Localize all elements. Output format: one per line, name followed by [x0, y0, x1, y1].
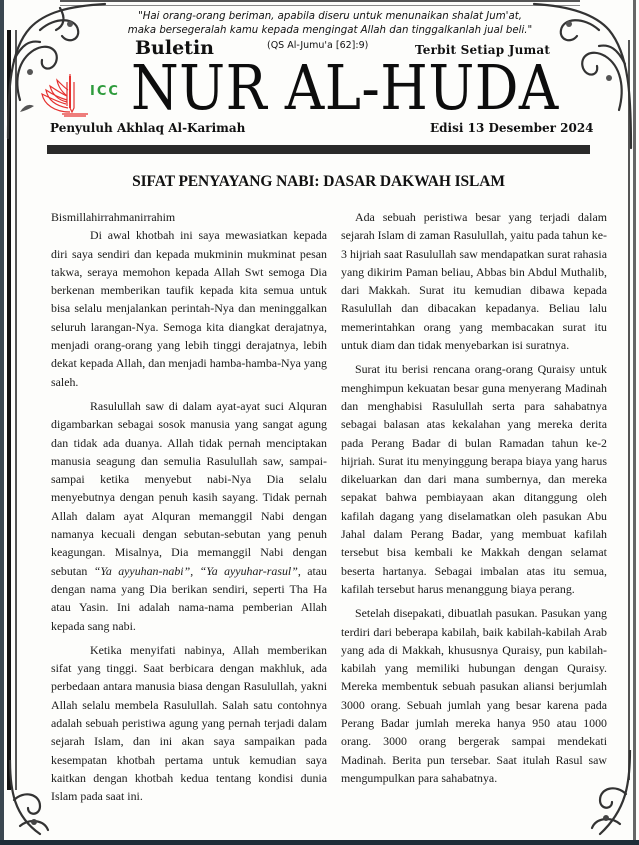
bulletin-page: "Hai orang-orang beriman, apabila diseru… [0, 0, 639, 840]
frame-border-top [60, 0, 580, 2]
header-quote-line-2: maka bersegeralah kamu kepada mengingat … [110, 24, 550, 38]
header-quote-line-1: "Hai orang-orang beriman, apabila diseru… [110, 10, 550, 24]
emphasis-quote: “Ya ayyuhar-rasul” [200, 564, 298, 578]
opening-basmalah: Bismillahirrahmanirrahim [51, 208, 327, 226]
header-divider-bar [47, 145, 590, 154]
paragraph: Setelah disepakati, dibuatlah pasukan. P… [341, 604, 607, 787]
masthead-title: NUR AL-HUDA [131, 52, 559, 124]
header-quote: "Hai orang-orang beriman, apabila diseru… [110, 10, 550, 38]
frame-border-right-thin [628, 40, 630, 780]
paragraph: Di awal khotbah ini saya mewasiatkan kep… [51, 226, 327, 391]
paragraph: Rasulullah saw di dalam ayat-ayat suci A… [51, 397, 327, 635]
ornament-corner-top-left-icon [0, 0, 110, 140]
icc-logo: ICC [40, 72, 130, 118]
icc-wing-pen-icon [40, 72, 90, 118]
article-title: SIFAT PENYAYANG NABI: DASAR DAKWAH ISLAM [47, 173, 590, 191]
logo-text: ICC [90, 84, 120, 99]
frame-border-top-thin [60, 5, 580, 6]
edition-date: Edisi 13 Desember 2024 [430, 121, 594, 135]
quote-reference: (QS Al-Jumu'a [62]:9) [267, 40, 368, 51]
tagline: Penyuluh Akhlaq Al-Karimah [50, 121, 245, 135]
viewer-bottom-edge [0, 840, 639, 845]
emphasis-quote: “Ya ayyuhan-nabi” [94, 564, 190, 578]
article-column-right: Ada sebuah peristiwa besar yang terjadi … [341, 208, 607, 787]
paragraph: Ketika menyifati nabinya, Allah memberik… [51, 641, 327, 806]
article-column-left: Bismillahirrahmanirrahim Di awal khotbah… [51, 208, 327, 806]
paragraph: Surat itu berisi rencana orang-orang Qur… [341, 360, 607, 598]
frame-border-left-thin [15, 30, 17, 790]
paragraph: Ada sebuah peristiwa besar yang terjadi … [341, 208, 607, 354]
frame-border-left-thick [7, 30, 11, 790]
